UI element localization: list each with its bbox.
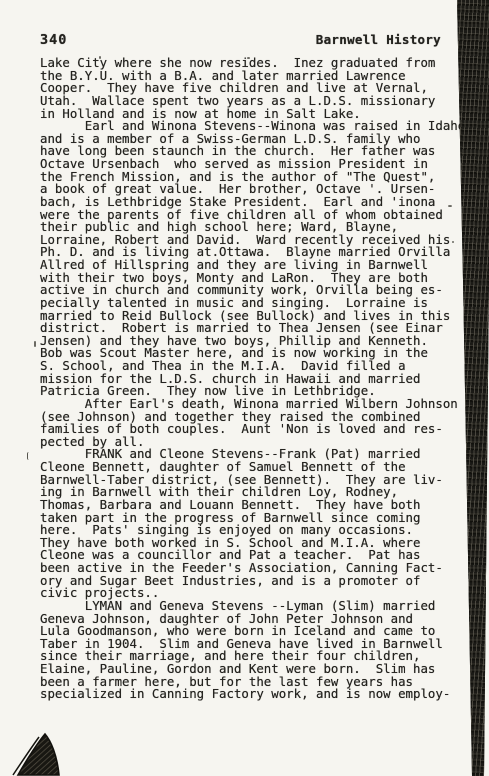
page-number: 340 xyxy=(40,32,67,48)
page-corner-artifact xyxy=(5,726,75,776)
scan-speck xyxy=(452,241,454,243)
page-header: 340 Barnwell History xyxy=(40,32,441,48)
scan-speck xyxy=(448,205,452,207)
paragraph: After Earl's death, Winona married Wilbe… xyxy=(40,398,460,449)
scan-speck xyxy=(34,341,36,347)
page-body: Lake City where she now resides. Inez gr… xyxy=(40,57,460,701)
scan-speck xyxy=(99,56,101,59)
scan-speck xyxy=(247,57,250,59)
paragraph: Earl and Winona Stevens--Winona was rais… xyxy=(40,120,460,398)
running-header-title: Barnwell History xyxy=(316,32,441,47)
paragraph: LYMAN and Geneva Stevens --Lyman (Slim) … xyxy=(40,600,460,701)
paragraph: FRANK and Cleone Stevens--Frank (Pat) ma… xyxy=(40,448,460,600)
paragraph: Lake City where she now resides. Inez gr… xyxy=(40,57,460,120)
scan-speck xyxy=(27,452,31,460)
scanned-book-page: 340 Barnwell History Lake City where she… xyxy=(0,0,489,776)
